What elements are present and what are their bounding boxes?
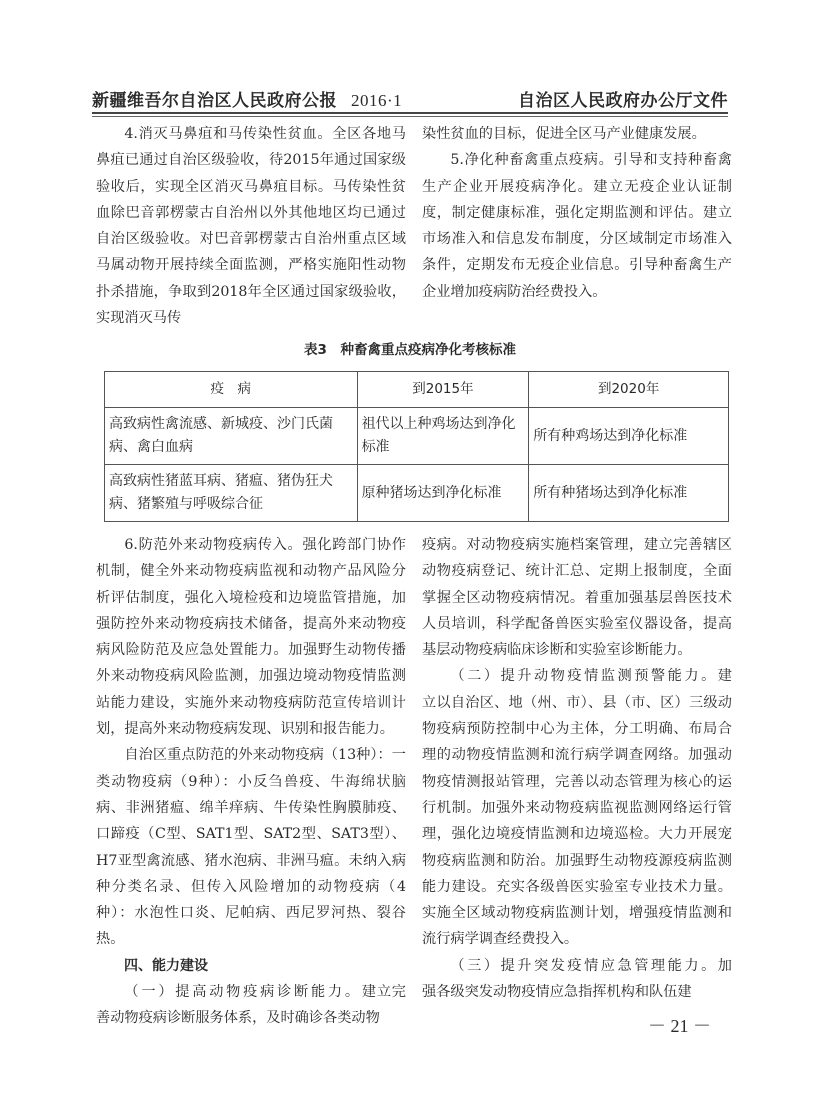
section-title: 自治区人民政府办公厅文件 xyxy=(518,86,728,111)
issue-number: 2016·1 xyxy=(351,91,402,110)
section-heading: 四、能力建设 xyxy=(96,953,406,979)
header-2015: 到2015年 xyxy=(357,372,529,408)
table-caption: 表3 种畜禽重点疫病净化考核标准 xyxy=(92,338,728,358)
cell-disease: 高致病性禽流感、新城疫、沙门氏菌病、禽白血病 xyxy=(105,408,358,465)
paragraph-subsection-2: （二）提升动物疫情监测预警能力。建立以自治区、地（州、市）、县（市、区）三级动物… xyxy=(422,663,732,952)
column-left-bottom: 6.防范外来动物疫病传入。强化跨部门协作机制，健全外来动物疫病监视和动物产品风险… xyxy=(96,532,406,1032)
publication-name: 新疆维吾尔自治区人民政府公报 xyxy=(92,91,337,111)
page-number: － 21 － xyxy=(648,1012,711,1038)
paragraph-subsection-1: （一）提高动物疫病诊断能力。建立完善动物疫病诊断服务体系，及时确诊各类动物 xyxy=(96,979,406,1032)
paragraph-continued: 疫病。对动物疫病实施档案管理，建立完善辖区动物疫病登记、统计汇总、定期上报制度，… xyxy=(422,532,732,663)
paragraph-item-4: 4.消灭马鼻疽和马传染性贫血。全区各地马鼻疽已通过自治区级验收，待2015年通过… xyxy=(96,121,406,331)
column-right-top: 染性贫血的目标，促进全区马产业健康发展。 5.净化种畜禽重点疫病。引导和支持种畜… xyxy=(422,121,732,305)
paragraph-foreign-diseases: 自治区重点防范的外来动物疫病（13种）：一类动物疫病（9种）：小反刍兽疫、牛海绵… xyxy=(96,742,406,952)
header-disease: 疫 病 xyxy=(105,372,358,408)
subsection-title: （三）提升突发疫情应急管理能力。 xyxy=(450,958,717,974)
paragraph-item-5: 5.净化种畜禽重点疫病。引导和支持种畜禽生产企业开展疫病净化。建立无疫企业认证制… xyxy=(422,147,732,305)
cell-2015: 原种猪场达到净化标准 xyxy=(357,465,529,522)
table-row: 高致病性猪蓝耳病、猪瘟、猪伪狂犬病、猪繁殖与呼吸综合征 原种猪场达到净化标准 所… xyxy=(105,465,729,522)
table-header-row: 疫 病 到2015年 到2020年 xyxy=(105,372,729,408)
column-right-bottom: 疫病。对动物疫病实施档案管理，建立完善辖区动物疫病登记、统计汇总、定期上报制度，… xyxy=(422,532,732,1005)
cell-2020: 所有种猪场达到净化标准 xyxy=(529,465,729,522)
paragraph-continued: 染性贫血的目标，促进全区马产业健康发展。 xyxy=(422,121,732,147)
cell-2015: 祖代以上种鸡场达到净化标准 xyxy=(357,408,529,465)
publication-title: 新疆维吾尔自治区人民政府公报2016·1 xyxy=(92,86,402,111)
paragraph-subsection-3: （三）提升突发疫情应急管理能力。加强各级突发动物疫情应急指挥机构和队伍建 xyxy=(422,953,732,1006)
paragraph-item-6: 6.防范外来动物疫病传入。强化跨部门协作机制，健全外来动物疫病监视和动物产品风险… xyxy=(96,532,406,742)
column-left-top: 4.消灭马鼻疽和马传染性贫血。全区各地马鼻疽已通过自治区级验收，待2015年通过… xyxy=(96,121,406,331)
subsection-title: （一）提高动物疫病诊断能力。 xyxy=(124,984,361,1000)
header-rule-thin xyxy=(92,116,728,117)
purification-standards-table: 疫 病 到2015年 到2020年 高致病性禽流感、新城疫、沙门氏菌病、禽白血病… xyxy=(104,371,729,522)
header-2020: 到2020年 xyxy=(529,372,729,408)
cell-disease: 高致病性猪蓝耳病、猪瘟、猪伪狂犬病、猪繁殖与呼吸综合征 xyxy=(105,465,358,522)
cell-2020: 所有种鸡场达到净化标准 xyxy=(529,408,729,465)
subsection-body: 建立以自治区、地（州、市）、县（市、区）三级动物疫病预防控制中心为主体，分工明确… xyxy=(422,668,732,947)
header-rule xyxy=(92,112,728,114)
running-header: 新疆维吾尔自治区人民政府公报2016·1 自治区人民政府办公厅文件 xyxy=(92,86,728,112)
table-row: 高致病性禽流感、新城疫、沙门氏菌病、禽白血病 祖代以上种鸡场达到净化标准 所有种… xyxy=(105,408,729,465)
subsection-title: （二）提升动物疫情监测预警能力。 xyxy=(450,668,717,684)
